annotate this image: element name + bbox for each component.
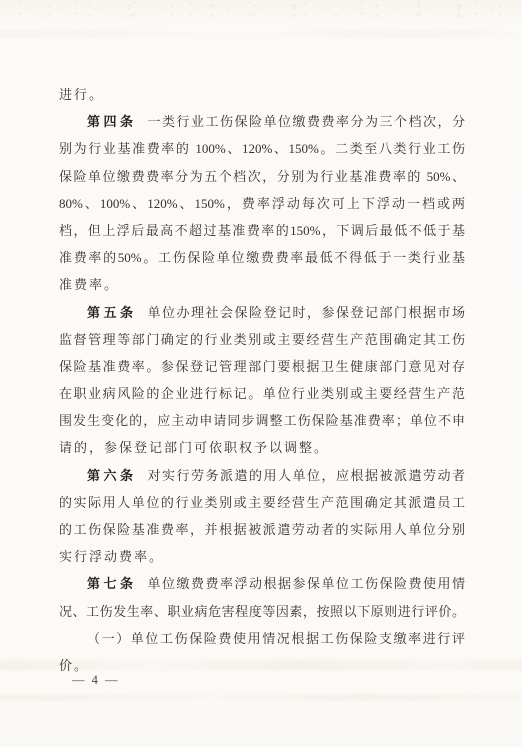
text-line: 80%、100%、120%、150%，费率浮动每次可上下浮动一档或两: [59, 190, 465, 217]
scan-artifact-streak: [0, 30, 522, 38]
text-line: 第六条对实行劳务派遣的用人单位，应根据被派遣劳动者: [59, 462, 465, 489]
text-line: 别为行业基准费率的 100%、120%、150%。二类至八类行业工伤: [59, 135, 465, 162]
page-number: — 4 —: [72, 672, 120, 688]
document-body: 进行。第四条一类行业工伤保险单位缴费费率分为三个档次，分别为行业基准费率的 10…: [59, 81, 465, 679]
text-line: 的实际用人单位的行业类别或主要经营生产范围确定其派遣员工: [59, 489, 465, 516]
text-line: 监督管理等部门确定的行业类别或主要经营生产范围确定其工伤: [59, 326, 465, 353]
document-page: 进行。第四条一类行业工伤保险单位缴费费率分为三个档次，分别为行业基准费率的 10…: [0, 0, 522, 747]
article-heading: 第七条: [87, 576, 137, 591]
scan-artifact-streak: [0, 694, 522, 701]
text-line: 况、工伤发生率、职业病危害程度等因素，按照以下原则进行评价。: [59, 598, 465, 625]
text-line: 进行。: [59, 81, 465, 108]
text-line: 请的，参保登记部门可依职权予以调整。: [59, 434, 465, 461]
text-line: 第四条一类行业工伤保险单位缴费费率分为三个档次，分: [59, 108, 465, 135]
text-line: 保险单位缴费费率分为五个档次，分别为行业基准费率的 50%、: [59, 163, 465, 190]
article-heading: 第五条: [87, 305, 137, 320]
text-line: 在职业病风险的企业进行标记。单位行业类别或主要经营生产范: [59, 380, 465, 407]
article-heading: 第六条: [87, 468, 137, 483]
text-line: 保险基准费率。参保登记管理部门要根据卫生健康部门意见对存: [59, 353, 465, 380]
text-line: 的工伤保险基准费率，并根据被派遣劳动者的实际用人单位分别: [59, 516, 465, 543]
text-line: 第五条单位办理社会保险登记时，参保登记部门根据市场: [59, 299, 465, 326]
article-heading: 第四条: [87, 114, 137, 129]
text-line: 准费率。: [59, 271, 465, 298]
scan-artifact-top-band: [0, 0, 522, 22]
text-line: 第七条单位缴费费率浮动根据参保单位工伤保险费使用情: [59, 570, 465, 597]
text-line: 围发生变化的，应主动申请同步调整工伤保险基准费率；单位不申: [59, 407, 465, 434]
text-line: 准费率的50%。工伤保险单位缴费费率最低不得低于一类行业基: [59, 244, 465, 271]
text-line: 实行浮动费率。: [59, 543, 465, 570]
text-line: 档，但上浮后最高不超过基准费率的150%，下调后最低不低于基: [59, 217, 465, 244]
text-line: （一）单位工伤保险费使用情况根据工伤保险支缴率进行评: [59, 625, 465, 652]
